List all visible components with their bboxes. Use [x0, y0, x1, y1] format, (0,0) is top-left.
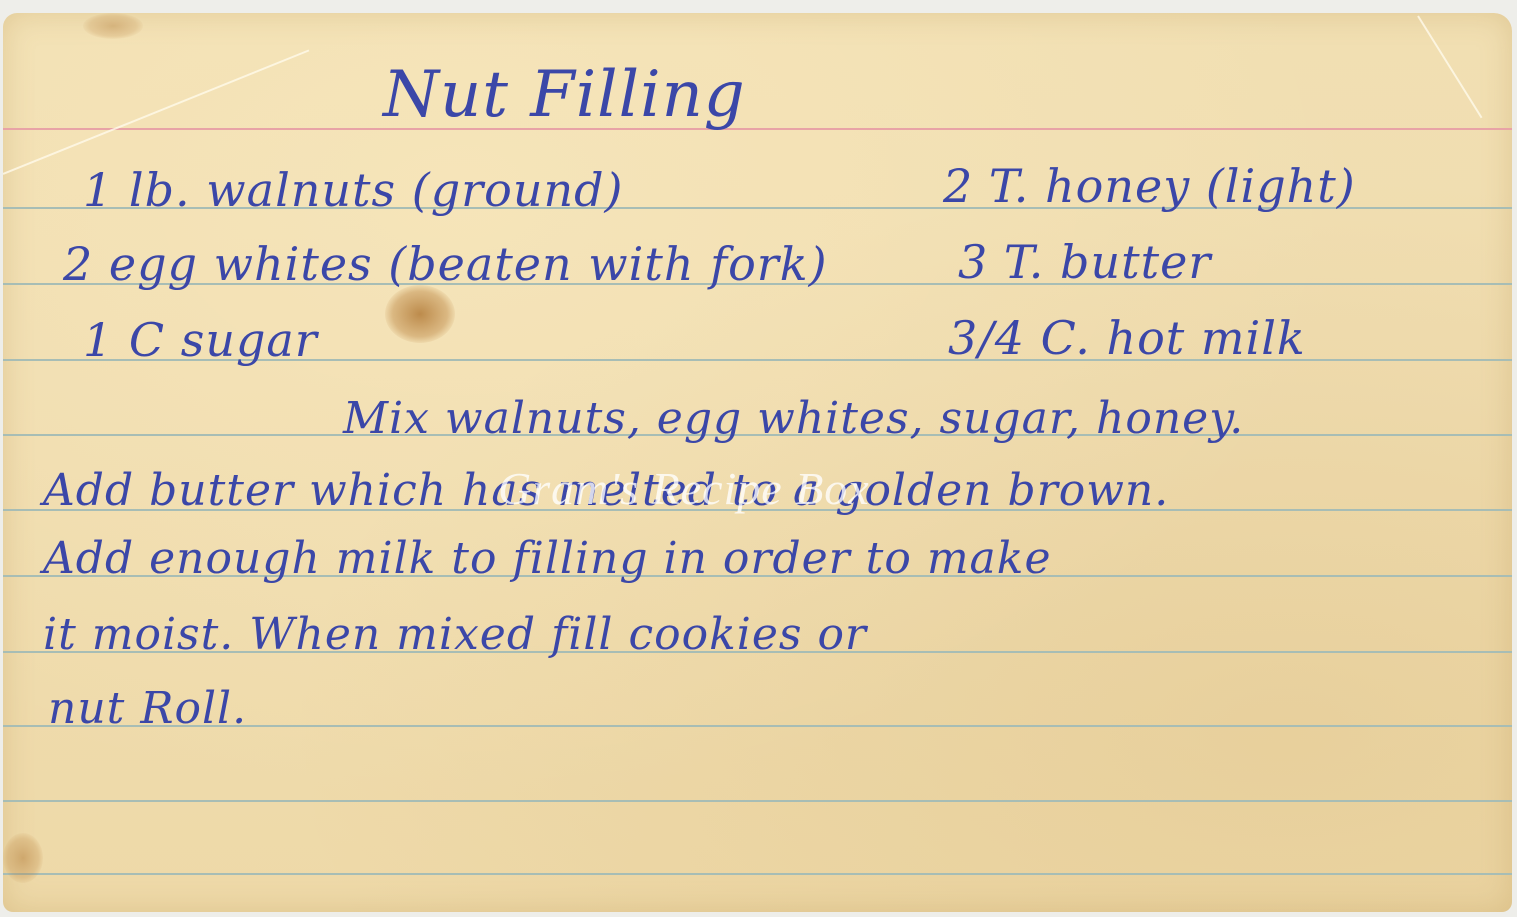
paper-crease: [1417, 15, 1482, 118]
food-stain: [83, 13, 143, 39]
food-stain: [3, 833, 43, 883]
ingredient-item: 3 T. butter: [958, 235, 1211, 289]
ingredient-item: 1 lb. walnuts (ground): [83, 163, 624, 217]
direction-line: nut Roll.: [48, 683, 247, 734]
ingredient-item: 2 egg whites (beaten with fork): [63, 237, 828, 291]
blue-rule: [3, 800, 1512, 802]
food-stain: [385, 285, 455, 343]
paper-crease: [3, 49, 309, 174]
watermark: Gram's Recipe Box: [498, 462, 870, 515]
ingredient-item: 3/4 C. hot milk: [948, 311, 1306, 365]
red-header-rule: [3, 128, 1512, 130]
direction-line: it moist. When mixed fill cookies or: [43, 609, 867, 660]
direction-line: Mix walnuts, egg whites, sugar, honey.: [343, 393, 1244, 444]
ingredient-item: 1 C sugar: [83, 313, 318, 367]
ingredient-item: 2 T. honey (light): [943, 159, 1356, 213]
blue-rule: [3, 873, 1512, 875]
recipe-title: Nut Filling: [383, 58, 746, 132]
direction-line: Add enough milk to filling in order to m…: [43, 533, 1052, 584]
